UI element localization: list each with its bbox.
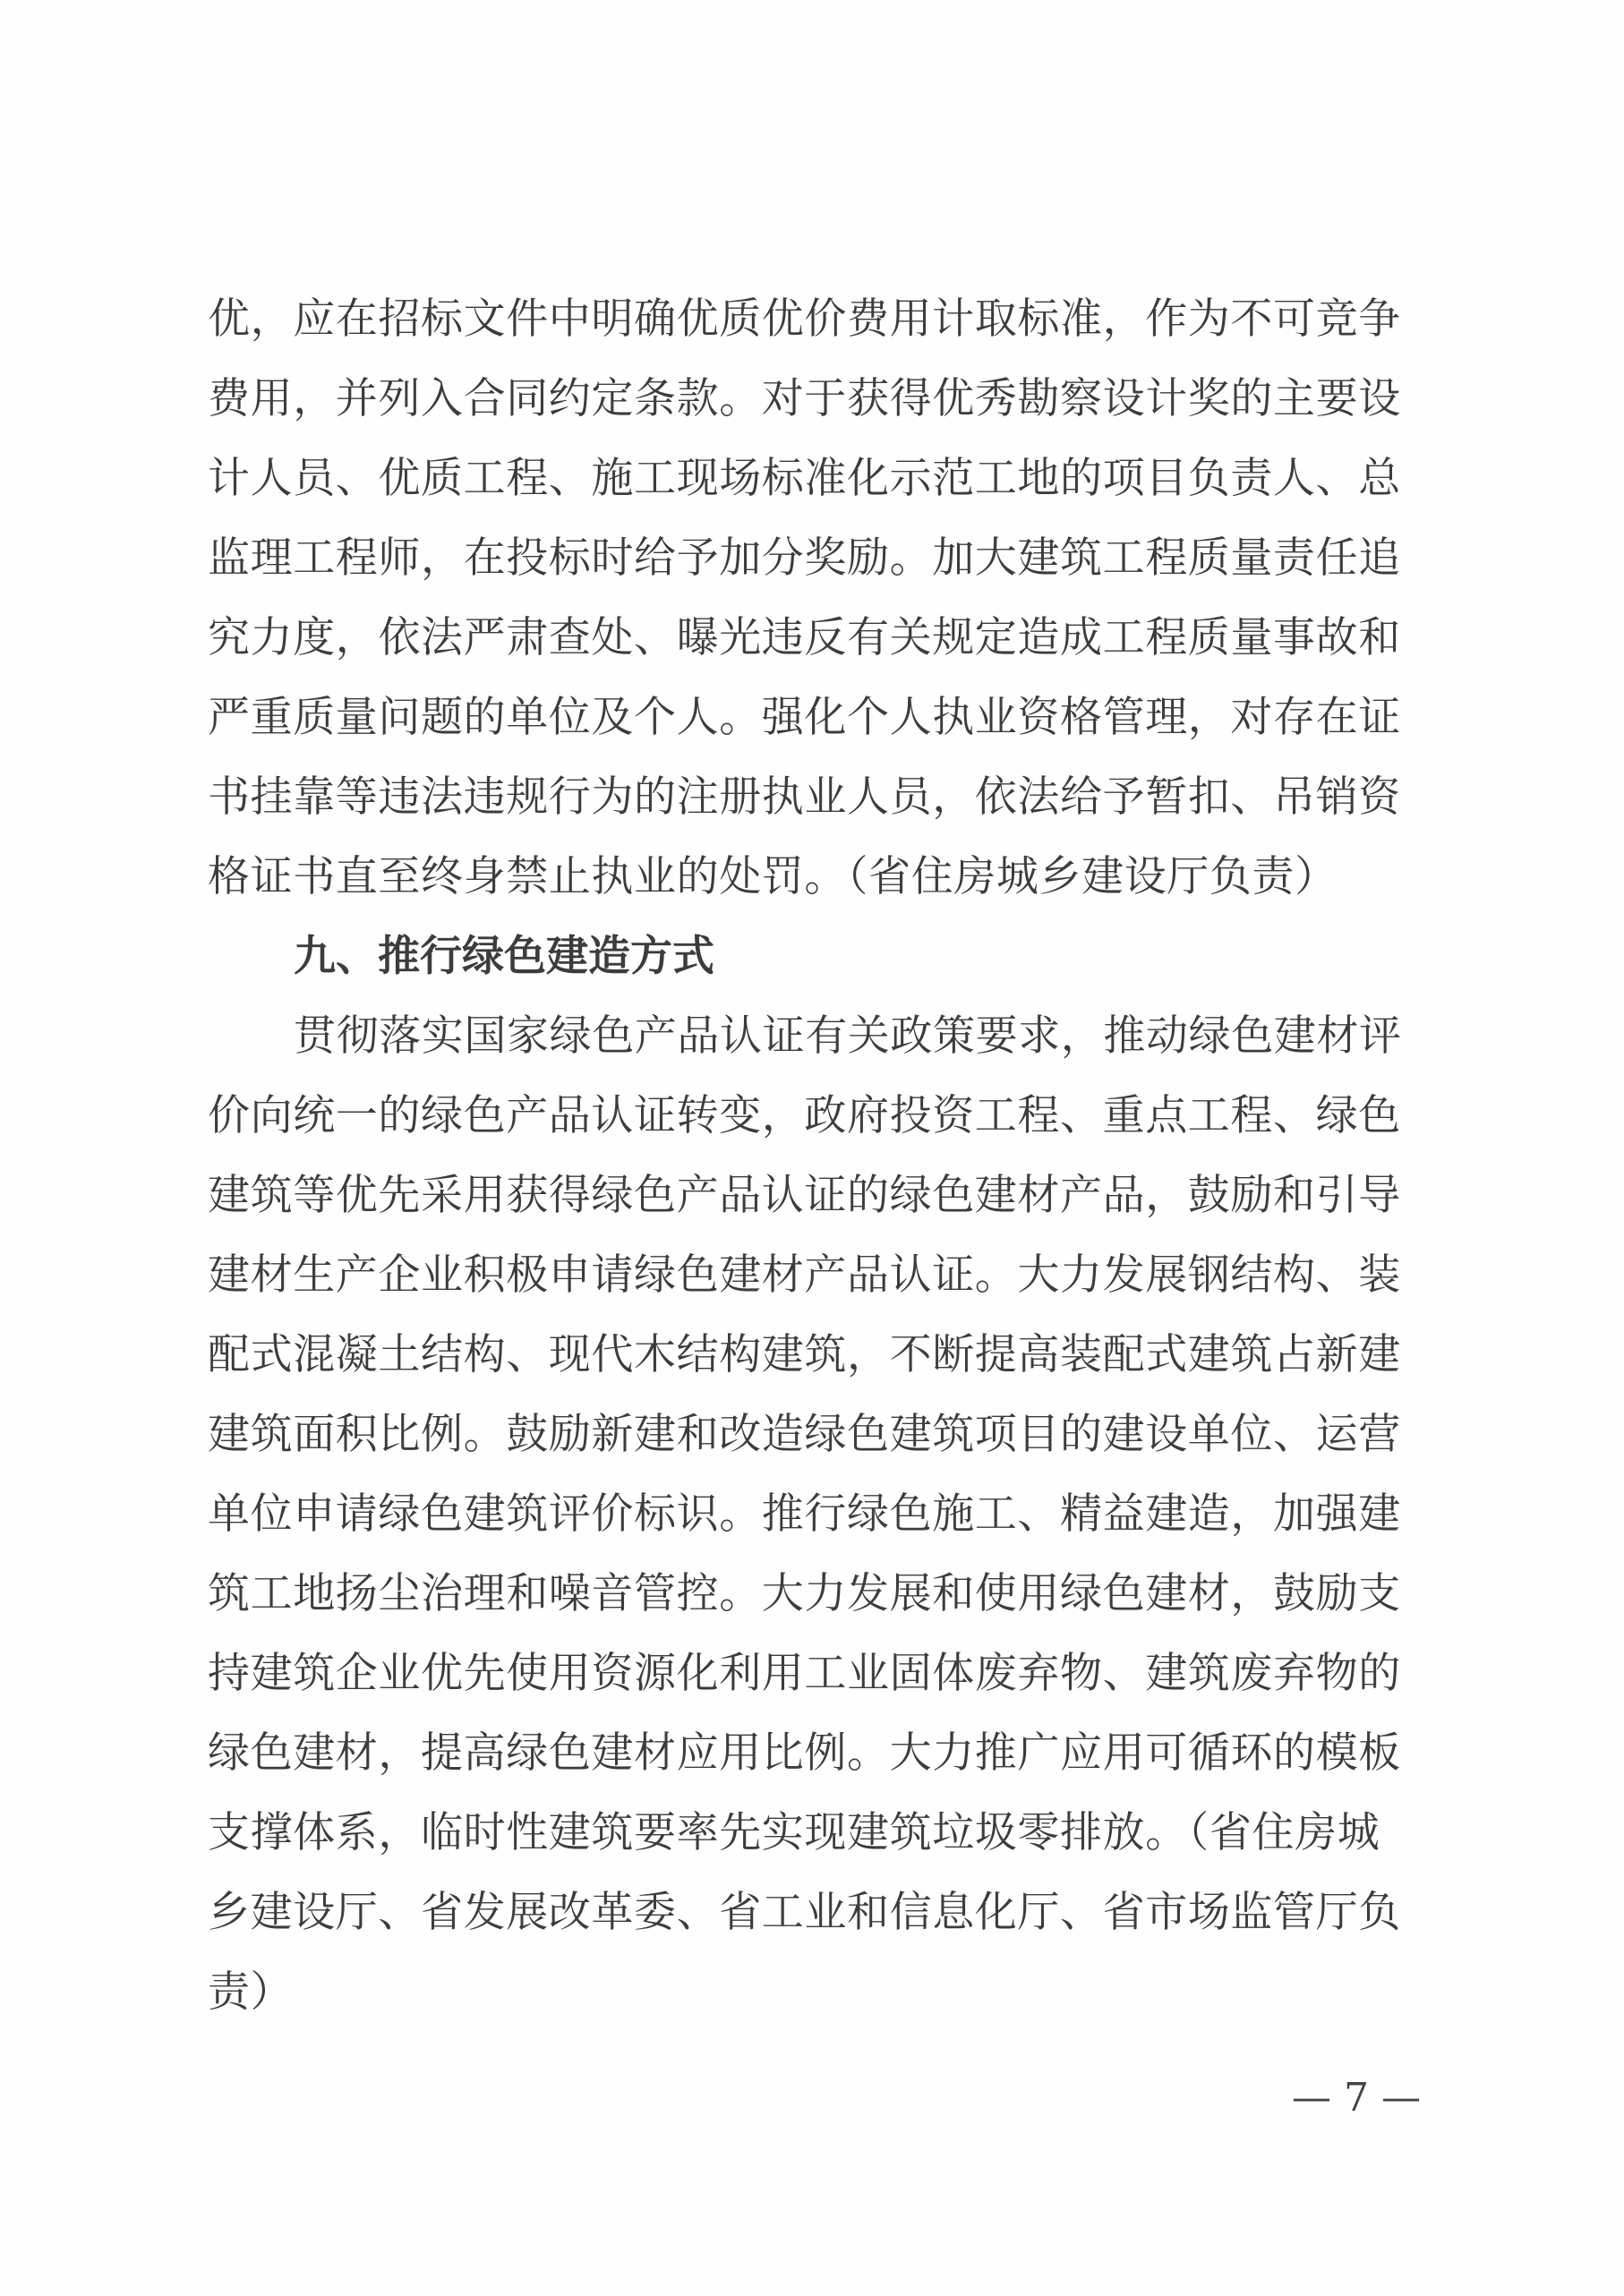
paragraph-line: 格证书直至终身禁止执业的处罚。（省住房城乡建设厅负责） bbox=[208, 837, 1416, 917]
paragraph-line: 优，应在招标文件中明确优质优价费用计取标准，作为不可竞争 bbox=[208, 279, 1416, 359]
paragraph-line: 持建筑企业优先使用资源化利用工业固体废弃物、建筑废弃物的 bbox=[208, 1634, 1416, 1713]
document-body: 优，应在招标文件中明确优质优价费用计取标准，作为不可竞争 费用，并列入合同约定条… bbox=[208, 279, 1416, 2032]
paragraph-line: 书挂靠等违法违规行为的注册执业人员，依法给予暂扣、吊销资 bbox=[208, 757, 1416, 837]
paragraph-line: 建材生产企业积极申请绿色建材产品认证。大力发展钢结构、装 bbox=[208, 1235, 1416, 1315]
paragraph-line: 计人员、优质工程、施工现场标准化示范工地的项目负责人、总 bbox=[208, 439, 1416, 518]
paragraph-line: 费用，并列入合同约定条款。对于获得优秀勘察设计奖的主要设 bbox=[208, 359, 1416, 439]
section-heading: 九、推行绿色建造方式 bbox=[208, 917, 1416, 996]
paragraph-line: 建筑面积比例。鼓励新建和改造绿色建筑项目的建设单位、运营 bbox=[208, 1395, 1416, 1474]
paragraph-line: 严重质量问题的单位及个人。强化个人执业资格管理，对存在证 bbox=[208, 678, 1416, 757]
paragraph-first-line: 贯彻落实国家绿色产品认证有关政策要求，推动绿色建材评 bbox=[208, 996, 1416, 1076]
page-number: — 7 — bbox=[1280, 2075, 1432, 2121]
paragraph-line: 价向统一的绿色产品认证转变，政府投资工程、重点工程、绿色 bbox=[208, 1076, 1416, 1156]
paragraph-line: 监理工程师，在投标时给予加分奖励。加大建筑工程质量责任追 bbox=[208, 518, 1416, 598]
paragraph-line: 支撑体系，临时性建筑要率先实现建筑垃圾零排放。（省住房城 bbox=[208, 1793, 1416, 1873]
paragraph-line: 乡建设厅、省发展改革委、省工业和信息化厅、省市场监管厅负 bbox=[208, 1873, 1416, 1952]
paragraph-line: 究力度，依法严肃查处、曝光违反有关规定造成工程质量事故和 bbox=[208, 598, 1416, 678]
paragraph-line: 单位申请绿色建筑评价标识。推行绿色施工、精益建造，加强建 bbox=[208, 1474, 1416, 1554]
paragraph-line: 筑工地扬尘治理和噪音管控。大力发展和使用绿色建材，鼓励支 bbox=[208, 1554, 1416, 1634]
paragraph-line: 绿色建材，提高绿色建材应用比例。大力推广应用可循环的模板 bbox=[208, 1713, 1416, 1793]
paragraph-line: 配式混凝土结构、现代木结构建筑，不断提高装配式建筑占新建 bbox=[208, 1315, 1416, 1395]
paragraph-line: 责） bbox=[208, 1952, 1416, 2032]
paragraph-line: 建筑等优先采用获得绿色产品认证的绿色建材产品，鼓励和引导 bbox=[208, 1156, 1416, 1235]
